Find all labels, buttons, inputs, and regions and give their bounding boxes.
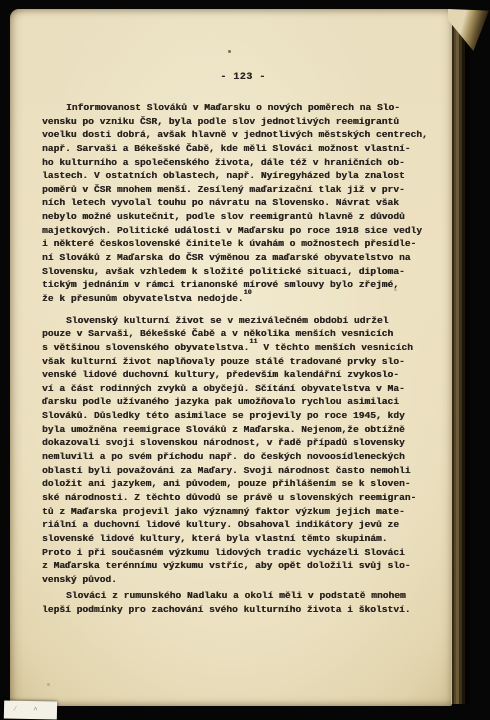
text-line: nebylo možné uskutečnit, podle slov reem… — [42, 210, 446, 224]
footnote-ref: 11 — [249, 338, 257, 346]
text-line: majetkových. Politické události v Maďars… — [42, 224, 446, 238]
text-line: vensku po vzniku ČSR, byla podle slov je… — [42, 115, 446, 129]
text-line: doložit ani jazykem, ani původem, pouze … — [42, 477, 446, 491]
spine-label-sticker: ∕ ˄ — [4, 700, 57, 719]
text-line: byla umožněna reemigrace Slováků z Maďar… — [42, 423, 446, 437]
text-line: lastech. V ostatních oblastech, např. Ny… — [42, 169, 446, 183]
text-line: z Maďarska terénnímu výzkumu vstříc, aby… — [42, 559, 446, 573]
text-line: např. Sarvaši a Békešské Čabě, kde měli … — [42, 142, 446, 156]
text-line: lepší podmínky pro zachování svého kultu… — [42, 603, 446, 617]
text-line: Slovenský kulturní život se v meziválečn… — [42, 314, 446, 328]
text-line: však kulturní život naplňovaly pouze stá… — [42, 355, 446, 369]
footnote-ref: 10 — [244, 289, 252, 297]
text-line: ní Slováků z Maďarska do ČSR výměnou za … — [42, 251, 446, 265]
page-edges-strip — [451, 10, 470, 704]
text-line: ďarsku podle užívaného jazyka pak umožňo… — [42, 395, 446, 409]
spine-label-marks: ∕ ˄ — [13, 706, 44, 715]
paragraph: Informovanost Slováků v Maďarsku o novýc… — [42, 101, 446, 306]
page-number: - 123 - — [42, 72, 444, 83]
text-line: slovenské lidové kultury, která byla vla… — [42, 532, 446, 546]
text-line: i některé československé činitele k úvah… — [42, 237, 446, 251]
text-line: že k přesunům obyvatelstva nedojde.10 — [42, 292, 446, 306]
text-line: venské lidové duchovní kultury, předevší… — [42, 368, 446, 382]
text-line: poměrů v ČSR mnohem menší. Zesílený maďa… — [42, 183, 446, 197]
text-line: Proto i při současném výzkumu lidových t… — [42, 546, 446, 560]
text-line: ví a část rodinných zvyků a obyčejů. Sčí… — [42, 382, 446, 396]
text-line: Slováků. Důsledky této asimilace se proj… — [42, 409, 446, 423]
text-line: Slovensku, avšak vzhledem k složité poli… — [42, 265, 446, 279]
text-line: nemluvili a po svém příchodu např. do če… — [42, 450, 446, 464]
text-line: ních letech vyvolal touhu po návratu na … — [42, 196, 446, 210]
book-scan: - 123 - Informovanost Slováků v Maďarsku… — [0, 0, 490, 720]
paragraph: Slováci z rumunského Nadlaku a okolí měl… — [42, 589, 446, 616]
book-page: - 123 - Informovanost Slováků v Maďarsku… — [10, 9, 452, 706]
text-line: Informovanost Slováků v Maďarsku o novýc… — [42, 101, 446, 115]
text-line: riální a duchovní lidové kultury. Obsaho… — [42, 518, 446, 532]
text-line: ho kulturního a společenského života, dá… — [42, 156, 446, 170]
paper-speck — [228, 50, 231, 53]
text-line: venský původ. — [42, 573, 446, 587]
text-block: Informovanost Slováků v Maďarsku o novýc… — [42, 101, 446, 625]
paper-speck — [394, 289, 397, 291]
text-line: voelku dosti dobrá, avšak hlavně v jedno… — [42, 128, 446, 142]
paragraph: Slovenský kulturní život se v meziválečn… — [42, 314, 446, 587]
text-line: oblastí byli považováni za Maďary. Svoji… — [42, 464, 446, 478]
text-line: s většinou slovenského obyvatelstva.11 V… — [42, 341, 446, 355]
text-line: ské národnosti. Z těchto důvodů se právě… — [42, 491, 446, 505]
paper-speck — [47, 683, 50, 686]
text-line: pouze v Sarvaši, Békešské Čabě a v někol… — [42, 327, 446, 341]
text-line: Slováci z rumunského Nadlaku a okolí měl… — [42, 589, 446, 603]
text-line: tů z Maďarska projevil jako významný fak… — [42, 505, 446, 519]
text-line: dokazovali svoji slovenskou národnost, v… — [42, 436, 446, 450]
